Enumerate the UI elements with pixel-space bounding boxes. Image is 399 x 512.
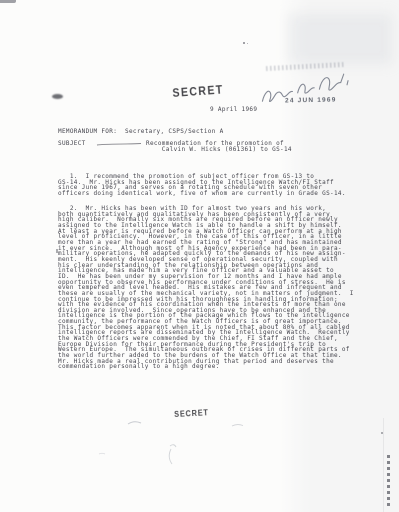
subject-dash-mark (96, 141, 142, 147)
paragraph-1: 1. I recommend the promotion of subject … (58, 174, 360, 197)
subject-text: Recommendation for the promotion of Calv… (146, 141, 292, 152)
scan-corner-mark (0, 0, 16, 3)
scan-shading (288, 14, 392, 64)
received-date-stamp: 24 JUN 1969 (285, 97, 337, 105)
edge-vertical-marking (387, 455, 390, 507)
scan-speck (243, 42, 245, 44)
classification-stamp-top: SECRET (172, 82, 224, 100)
memo-date: 9 April 1969 (210, 107, 257, 113)
scan-speck (247, 43, 248, 44)
scanned-memo-page: SECRET SECRET 24 JUN 1969 9 April 1969 M… (0, 0, 399, 512)
classification-stamp-bottom: SECRET (174, 408, 209, 419)
ink-blot (52, 94, 63, 99)
memo-to-line: MEMORANDUM FOR: Secretary, CSPS/Section … (58, 129, 224, 135)
paper-crease (383, 418, 384, 512)
subject-label: SUBJECT (58, 141, 86, 147)
edge-mark (381, 432, 383, 434)
paragraph-2: 2. Mr. Hicks has been with ID for almost… (58, 206, 360, 370)
